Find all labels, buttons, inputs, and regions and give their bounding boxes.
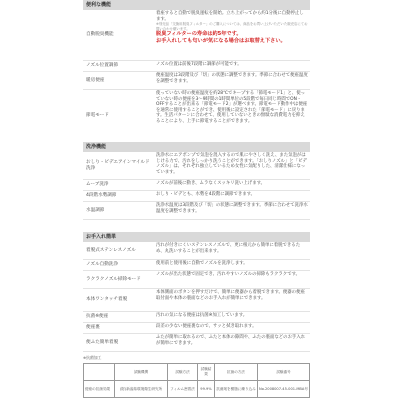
spec-key: 本体ワンタッチ着脱 xyxy=(83,289,154,311)
spec-row: 4段階水勢調節 おしり・ビデとも、水勢を4段階に調節できます。 xyxy=(83,191,310,202)
table-header: 試験結果 xyxy=(198,364,215,381)
table-header: 試験番号 xyxy=(258,364,310,381)
section-header-easy-care: お手入れ簡単 xyxy=(83,232,310,242)
spec-row: おしり・ビデエアインマイルド洗浄 洗浄水にエアポンプで気泡を混入するので肌にやさ… xyxy=(83,152,310,180)
spec-value: 汚れの気になる便座は抗菌※加工しています。 xyxy=(154,312,310,322)
spec-row: ムーブ洗浄 ノズルが前後に動き、ムラなくスッキリ洗い上げます。 xyxy=(83,180,310,191)
table-cell: No.2008007-45-001-MBA号 xyxy=(258,381,310,398)
spec-value: ノズルが前後に動き、ムラなくスッキリ洗い上げます。 xyxy=(154,180,310,190)
table-cell: 99.9% xyxy=(198,381,215,398)
spec-row: 本体ワンタッチ着脱 本体側面のボタンを押すだけで、簡単に便器から着脱できます。便… xyxy=(83,289,310,312)
section-header-convenience: 便利な機能 xyxy=(83,0,310,10)
spec-value: ふたが簡単に取れるので、ふたと本体の隙間や、ふたの裏面などのお手入れが簡単にでき… xyxy=(154,334,310,351)
spec-key: おしり・ビデエアインマイルド洗浄 xyxy=(83,152,154,179)
spec-value: 使っていない時の便座温度を約28℃でキープする「節電モード1」と、使っていない時… xyxy=(154,90,310,142)
spec-row: ノズル位置調節 ノズル位置は前後7段階に調節が可能です。 xyxy=(83,61,310,72)
warning-text-2: お手入れしても匂いが気になる場合はお取替え下さい。 xyxy=(156,38,308,45)
spec-key: 暖房便座 xyxy=(83,72,154,89)
table-row: 便座の抗菌効果 (財)新潟県環境衛生研究所 フィルム密着法 99.9% 抗菌剤を… xyxy=(84,381,310,398)
spec-document: 便利な機能 自動脱臭機能 着座すると自動で脱臭運転を開始。立ち上がってから約1分… xyxy=(83,0,310,398)
footnote: ※抗菌加工 xyxy=(83,355,310,361)
spec-value: 便座温度は3段階及び「切」の状態に調整できます。季節に合わせて便座温度を調整でき… xyxy=(154,72,310,89)
spec-value: 汚れが付きにくいステンレスノズルで、更に根元から簡単に着脱できるため、丸洗いする… xyxy=(154,242,310,259)
spec-value: ノズルが出た状態で固定でき、汚れやすいノズルの掃除もラクラクです。 xyxy=(154,271,310,288)
spec-row: ノズル自動洗浄 使用前と使用後に自動でノズルを洗浄します。 xyxy=(83,260,310,271)
spec-key: 抗菌※便座 xyxy=(83,312,154,322)
spec-row: 着脱式ステンレスノズル 汚れが付きにくいステンレスノズルで、更に根元から簡単に着… xyxy=(83,242,310,260)
table-header: 試験機関 xyxy=(115,364,168,381)
spec-key: 4段階水勢調節 xyxy=(83,191,154,201)
spec-key: ムーブ洗浄 xyxy=(83,180,154,190)
table-header: 試験方法 xyxy=(168,364,198,381)
spec-key: 便座裏 xyxy=(83,323,154,333)
spec-key: 着脱式ステンレスノズル xyxy=(83,242,154,259)
table-cell: フィルム密着法 xyxy=(168,381,198,398)
spec-value: 使用前と使用後に自動でノズルを洗浄します。 xyxy=(154,260,310,270)
spec-value: ノズル位置は前後7段階に調節が可能です。 xyxy=(154,61,310,71)
spec-row: ラクラクノズル掃除モード ノズルが出た状態で固定でき、汚れやすいノズルの掃除もラ… xyxy=(83,271,310,289)
spec-text: 着座すると自動で脱臭運転を開始。立ち上がってから約1分後に自動停止します。 xyxy=(156,11,308,22)
spec-key: 節電モード xyxy=(83,90,154,142)
spec-row: 暖房便座 便座温度は3段階及び「切」の状態に調整できます。季節に合わせて便座温度… xyxy=(83,72,310,90)
table-header: 抗菌の方法 xyxy=(215,364,258,381)
section-gap xyxy=(83,220,310,232)
spec-row: 自動脱臭機能 着座すると自動で脱臭運転を開始。立ち上がってから約1分後に自動停止… xyxy=(83,10,310,61)
spec-value: 洗浄水温度は3段階及び「切」の状態に調整できます。季節に合わせて洗浄水温度を調整… xyxy=(154,202,310,219)
table-header-row: 試験機関 試験方法 試験結果 抗菌の方法 試験番号 xyxy=(84,364,310,381)
section-header-washing: 洗浄機能 xyxy=(83,142,310,152)
spec-value: 本体側面のボタンを押すだけで、簡単に便器から着脱できます。便器の便座取付面や本体… xyxy=(154,289,310,311)
spec-value: 段差の少ない便座裏なので、サッと拭き取れます。 xyxy=(154,323,310,333)
spec-row: 水温調節 洗浄水温度は3段階及び「切」の状態に調整できます。季節に合わせて洗浄水… xyxy=(83,202,310,220)
table-header xyxy=(84,364,115,381)
warning-text-1: 脱臭フィルターの寿命は約5年です。 xyxy=(156,31,308,38)
spec-note: ※別売品「交換用脱臭フィルター」のご購入については、商品をお買い上げいただいた販… xyxy=(156,22,308,31)
antibacterial-test-table: 試験機関 試験方法 試験結果 抗菌の方法 試験番号 便座の抗菌効果 (財)新潟県… xyxy=(83,363,310,398)
spec-key: 水温調節 xyxy=(83,202,154,219)
spec-key: ノズル自動洗浄 xyxy=(83,260,154,270)
spec-row: 抗菌※便座 汚れの気になる便座は抗菌※加工しています。 xyxy=(83,312,310,323)
spec-key: 自動脱臭機能 xyxy=(83,10,154,60)
table-cell: (財)新潟県環境衛生研究所 xyxy=(115,381,168,398)
table-cell: 抗菌剤を樹脂に練り込み xyxy=(215,381,258,398)
spec-value: 着座すると自動で脱臭運転を開始。立ち上がってから約1分後に自動停止します。 ※別… xyxy=(154,10,310,60)
spec-value: 洗浄水にエアポンプで気泡を混入するので肌にやさしく洗え、また気泡がはじける力で、… xyxy=(154,152,310,179)
spec-key: ラクラクノズル掃除モード xyxy=(83,271,154,288)
spec-value: おしり・ビデとも、水勢を4段階に調節できます。 xyxy=(154,191,310,201)
spec-row: 便ふた簡単着脱 ふたが簡単に取れるので、ふたと本体の隙間や、ふたの裏面などのお手… xyxy=(83,334,310,352)
spec-row: 便座裏 段差の少ない便座裏なので、サッと拭き取れます。 xyxy=(83,323,310,334)
spec-key: 便ふた簡単着脱 xyxy=(83,334,154,351)
spec-row: 節電モード 使っていない時の便座温度を約28℃でキープする「節電モード1」と、使… xyxy=(83,90,310,142)
table-cell: 便座の抗菌効果 xyxy=(84,381,115,398)
spec-key: ノズル位置調節 xyxy=(83,61,154,71)
